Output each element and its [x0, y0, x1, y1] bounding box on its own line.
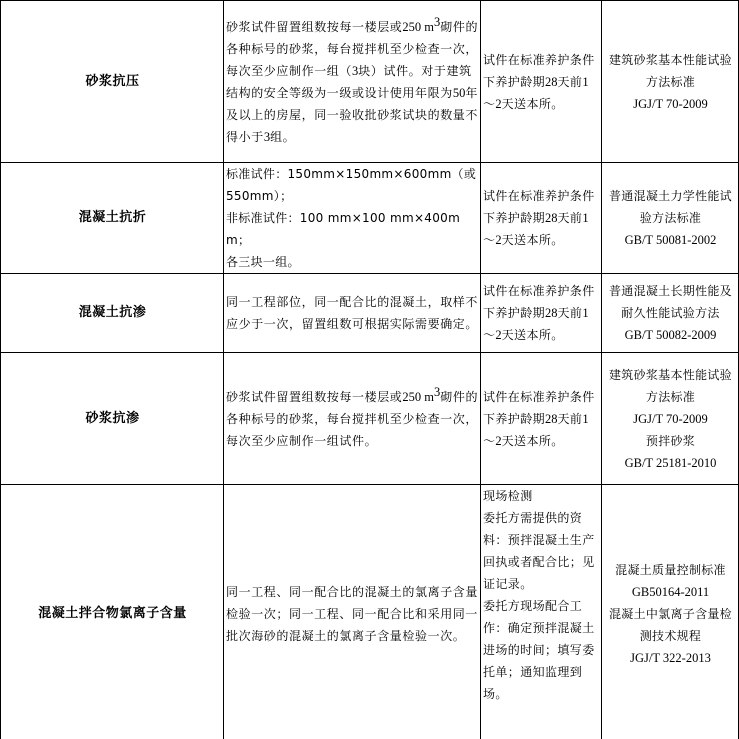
test-item-name: 砂浆抗渗 [1, 353, 224, 485]
standard-code: JGJ/T 70-2009 [604, 408, 737, 430]
sampling-requirement: 同一工程部位，同一配合比的混凝土，取样不应少于一次，留置组数可根据实际需要确定。 [224, 274, 481, 353]
standard-line: 建筑砂浆基本性能试验 [604, 49, 737, 71]
test-standard: 混凝土质量控制标准 GB50164-2011 混凝土中氯离子含量检 测技术规程 … [602, 485, 739, 739]
table-row: 混凝土抗渗 同一工程部位，同一配合比的混凝土，取样不应少于一次，留置组数可根据实… [1, 274, 739, 353]
test-standard: 建筑砂浆基本性能试验 方法标准 JGJ/T 70-2009 [602, 1, 739, 163]
test-item-name: 混凝土抗折 [1, 163, 224, 274]
standard-line: 预拌砂浆 [604, 430, 737, 452]
table-row: 砂浆抗压 砂浆试件留置组数按每一楼层或250 m3砌件的各种标号的砂浆，每台搅拌… [1, 1, 739, 163]
submission-condition: 试件在标准养护条件下养护龄期28天前1～2天送本所。 [481, 353, 602, 485]
standard-line: 验方法标准 [604, 207, 737, 229]
standard-line: 普通混凝土力学性能试 [604, 185, 737, 207]
testing-requirements-table: 砂浆抗压 砂浆试件留置组数按每一楼层或250 m3砌件的各种标号的砂浆，每台搅拌… [0, 0, 739, 739]
standard-line: 建筑砂浆基本性能试验 [604, 364, 737, 386]
standard-line: 测技术规程 [604, 625, 737, 647]
standard-line: 混凝土质量控制标准 [604, 559, 737, 581]
sampling-requirement: 标准试件：150mm×150mm×600mm（或 550mm）； 非标准试件：1… [224, 163, 481, 274]
standard-code: GB/T 50082-2009 [604, 324, 737, 346]
standard-code: GB/T 25181-2010 [604, 452, 737, 474]
submission-condition: 试件在标准养护条件下养护龄期28天前1～2天送本所。 [481, 1, 602, 163]
standard-line: 方法标准 [604, 71, 737, 93]
standard-code: GB50164-2011 [604, 581, 737, 603]
submission-condition: 试件在标准养护条件下养护龄期28天前1～2天送本所。 [481, 274, 602, 353]
test-item-name: 混凝土拌合物氯离子含量 [1, 485, 224, 739]
test-standard: 普通混凝土长期性能及 耐久性能试验方法 GB/T 50082-2009 [602, 274, 739, 353]
test-standard: 普通混凝土力学性能试 验方法标准 GB/T 50081-2002 [602, 163, 739, 274]
sampling-requirement: 同一工程、同一配合比的混凝土的氯离子含量检验一次；同一工程、同一配合比和采用同一… [224, 485, 481, 739]
test-item-name: 混凝土抗渗 [1, 274, 224, 353]
standard-line: 方法标准 [604, 386, 737, 408]
standard-line: 耐久性能试验方法 [604, 302, 737, 324]
standard-code: JGJ/T 70-2009 [604, 93, 737, 115]
submission-condition: 试件在标准养护条件下养护龄期28天前1～2天送本所。 [481, 163, 602, 274]
standard-line: 混凝土中氯离子含量检 [604, 603, 737, 625]
sampling-requirement: 砂浆试件留置组数按每一楼层或250 m3砌件的各种标号的砂浆，每台搅拌机至少检查… [224, 1, 481, 163]
sampling-requirement: 砂浆试件留置组数按每一楼层或250 m3砌件的各种标号的砂浆，每台搅拌机至少检查… [224, 353, 481, 485]
submission-condition: 现场检测 委托方需提供的资料：预拌混凝土生产回执或者配合比；见证记录。 委托方现… [481, 485, 602, 739]
table-row: 砂浆抗渗 砂浆试件留置组数按每一楼层或250 m3砌件的各种标号的砂浆，每台搅拌… [1, 353, 739, 485]
test-item-name: 砂浆抗压 [1, 1, 224, 163]
table-row: 混凝土拌合物氯离子含量 同一工程、同一配合比的混凝土的氯离子含量检验一次；同一工… [1, 485, 739, 739]
table-row: 混凝土抗折 标准试件：150mm×150mm×600mm（或 550mm）； 非… [1, 163, 739, 274]
standard-code: JGJ/T 322-2013 [604, 647, 737, 669]
standard-code: GB/T 50081-2002 [604, 229, 737, 251]
standard-line: 普通混凝土长期性能及 [604, 280, 737, 302]
test-standard: 建筑砂浆基本性能试验 方法标准 JGJ/T 70-2009 预拌砂浆 GB/T … [602, 353, 739, 485]
